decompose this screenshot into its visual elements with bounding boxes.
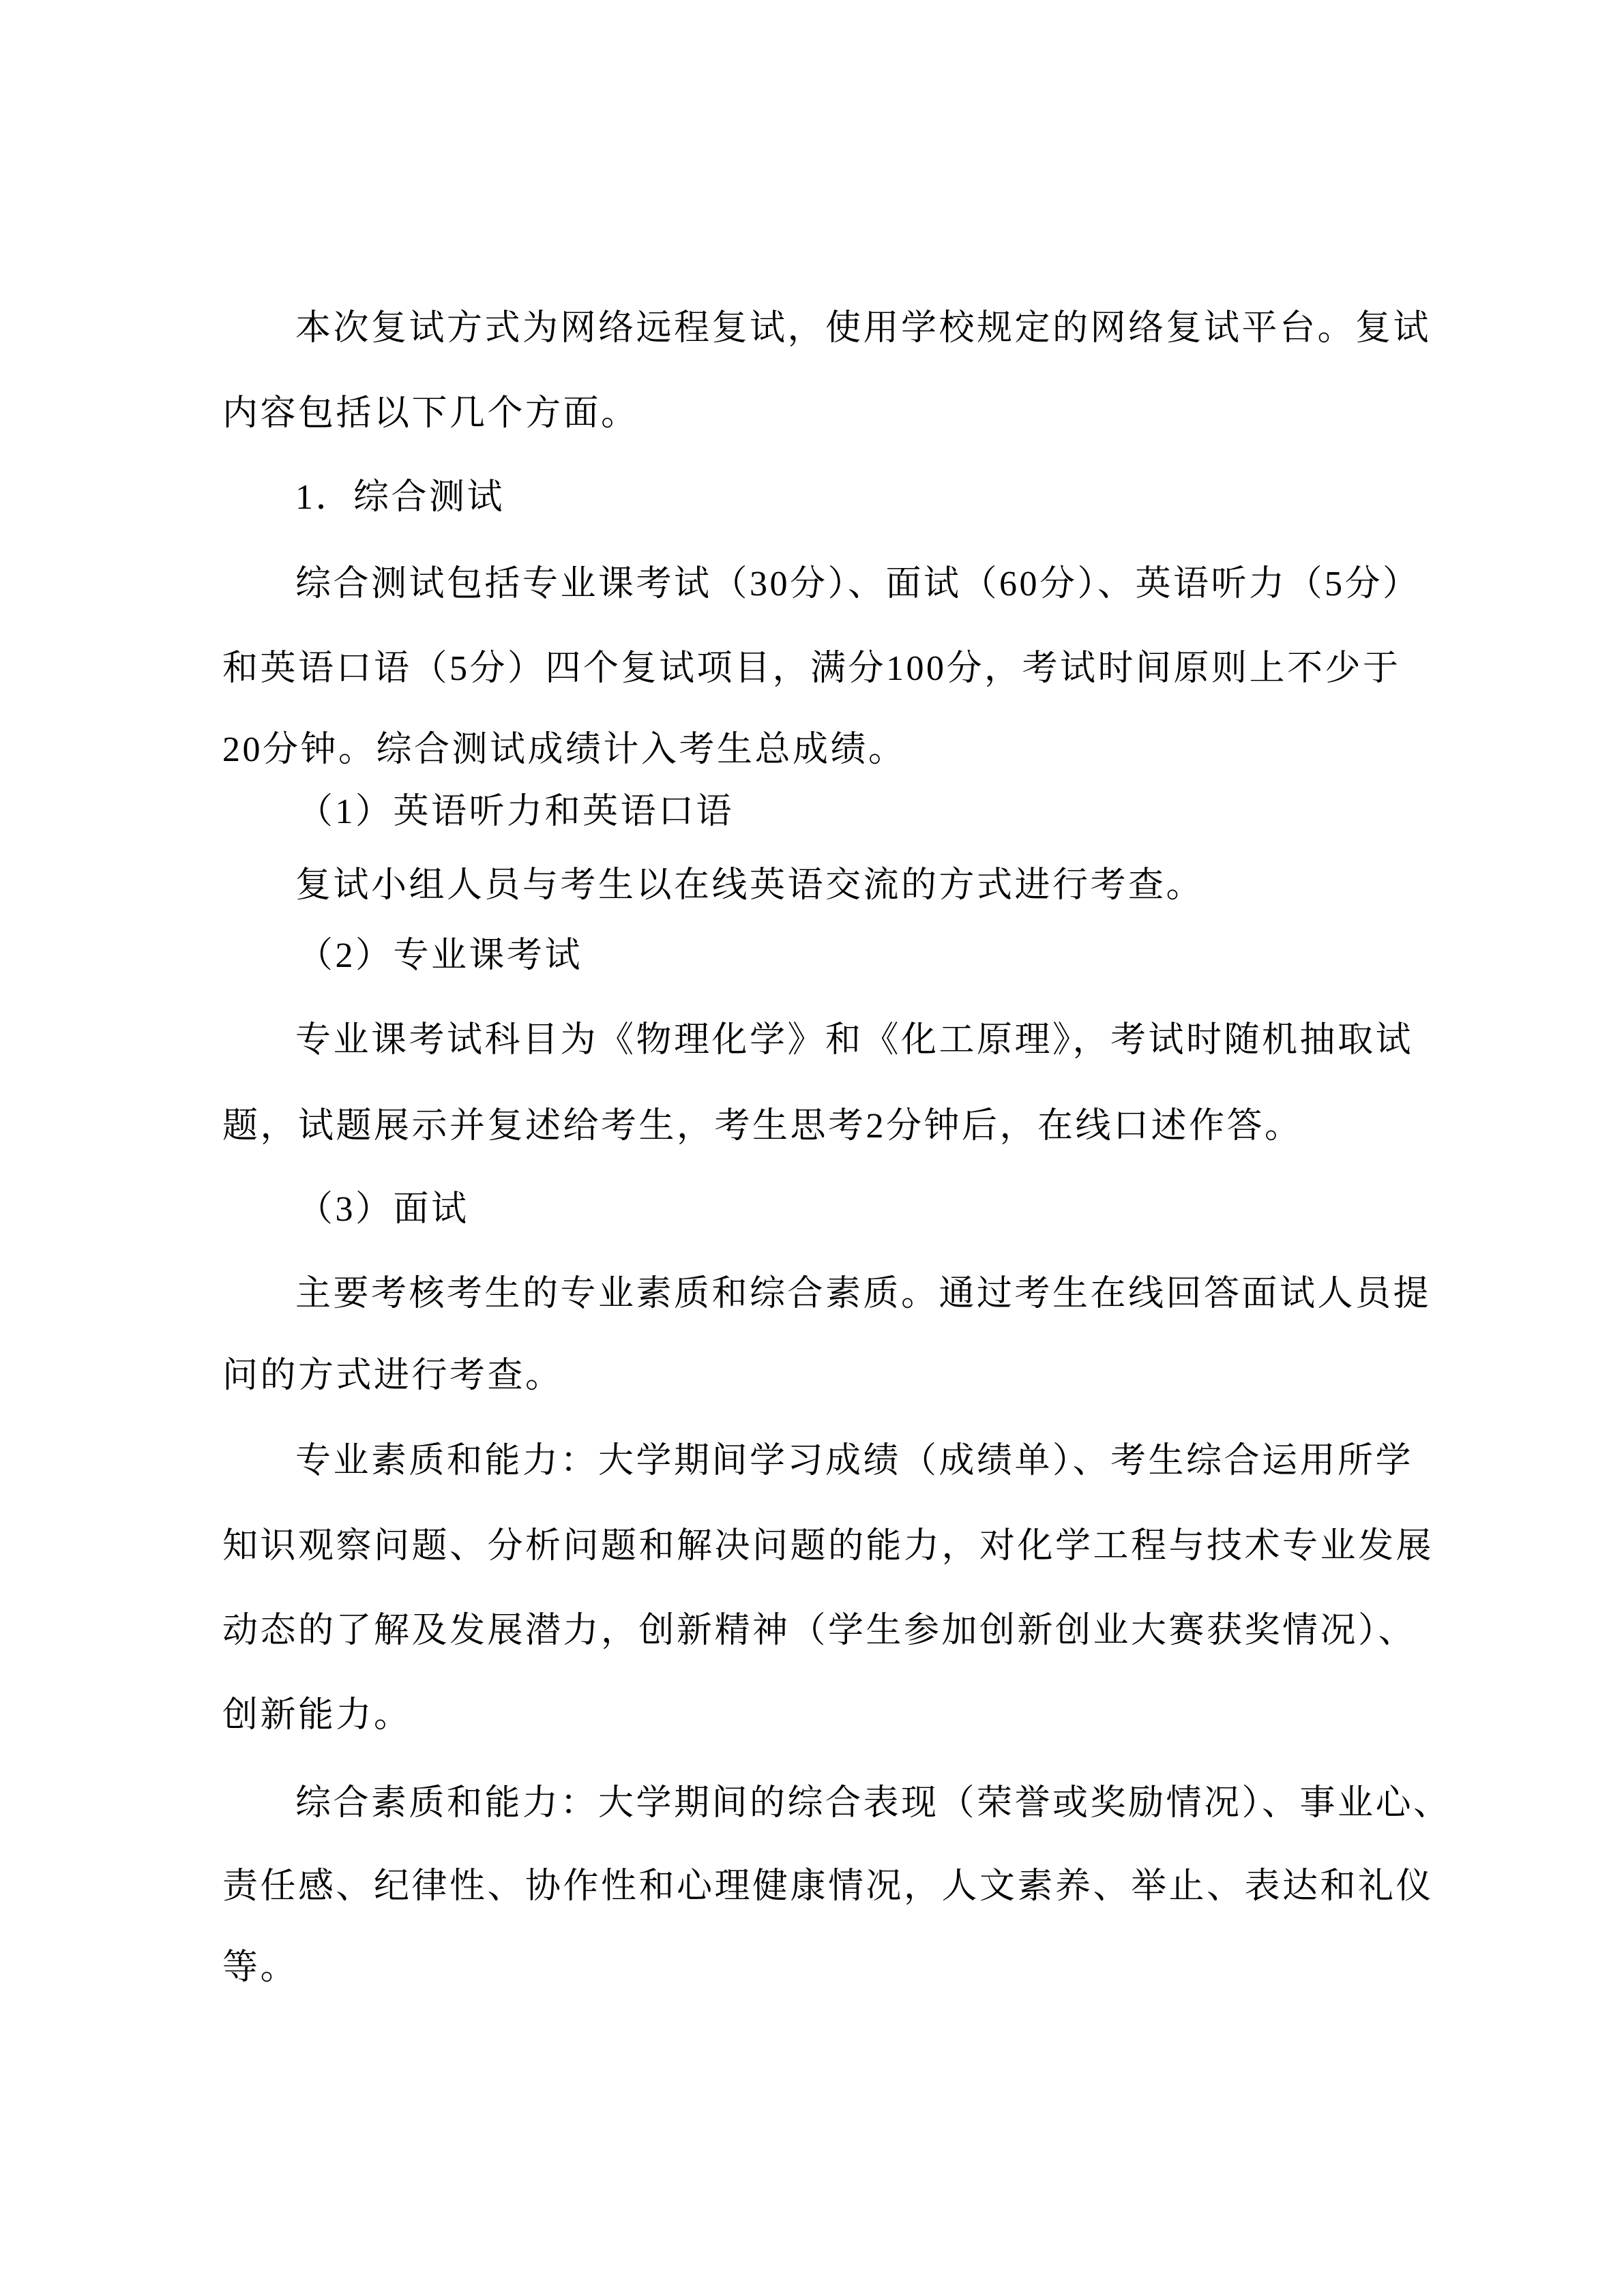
sub-3-body-line-1: 主要考核考生的专业素质和综合素质。通过考生在线回答面试人员提 — [295, 1270, 1431, 1318]
sub-2-body-line-2: 题，试题展示并复述给考生，考生思考2分钟后，在线口述作答。 — [222, 1103, 1303, 1150]
sub-3-body-line-2: 问的方式进行考查。 — [222, 1352, 563, 1400]
comprehensive-quality-line-2: 责任感、纪律性、协作性和心理健康情况，人文素养、举止、表达和礼仪 — [222, 1863, 1434, 1911]
section-1-body-line-1: 综合测试包括专业课考试（30分）、面试（60分）、英语听力（5分） — [295, 561, 1421, 608]
comprehensive-quality-line-3: 等。 — [222, 1944, 298, 1992]
sub-3-heading: （3）面试 — [297, 1186, 469, 1234]
professional-quality-line-3: 动态的了解及发展潜力，创新精神（学生参加创新创业大赛获奖情况）、 — [222, 1607, 1416, 1655]
sub-2-body-line-1: 专业课考试科目为《物理化学》和《化工原理》，考试时随机抽取试 — [295, 1017, 1413, 1064]
section-1-heading: 1．综合测试 — [295, 474, 505, 522]
section-1-body-line-2: 和英语口语（5分）四个复试项目，满分100分，考试时间原则上不少于 — [222, 645, 1401, 693]
document-page: 本次复试方式为网络远程复试，使用学校规定的网络复试平台。复试 内容包括以下几个方… — [0, 0, 1624, 2296]
professional-quality-line-1: 专业素质和能力：大学期间学习成绩（成绩单）、考生综合运用所学 — [295, 1437, 1413, 1485]
comprehensive-quality-line-1: 综合素质和能力：大学期间的综合表现（荣誉或奖励情况）、事业心、 — [295, 1780, 1451, 1828]
sub-1-body: 复试小组人员与考生以在线英语交流的方式进行考查。 — [295, 862, 1204, 910]
professional-quality-line-4: 创新能力。 — [222, 1692, 412, 1740]
sub-1-heading: （1）英语听力和英语口语 — [297, 788, 734, 836]
sub-2-heading: （2）专业课考试 — [297, 932, 582, 980]
section-1-body-line-3: 20分钟。综合测试成绩计入考生总成绩。 — [222, 726, 906, 774]
intro-line-1: 本次复试方式为网络远程复试，使用学校规定的网络复试平台。复试 — [295, 305, 1431, 353]
professional-quality-line-2: 知识观察问题、分析问题和解决问题的能力，对化学工程与技术专业发展 — [222, 1523, 1434, 1570]
intro-line-2: 内容包括以下几个方面。 — [222, 390, 639, 438]
